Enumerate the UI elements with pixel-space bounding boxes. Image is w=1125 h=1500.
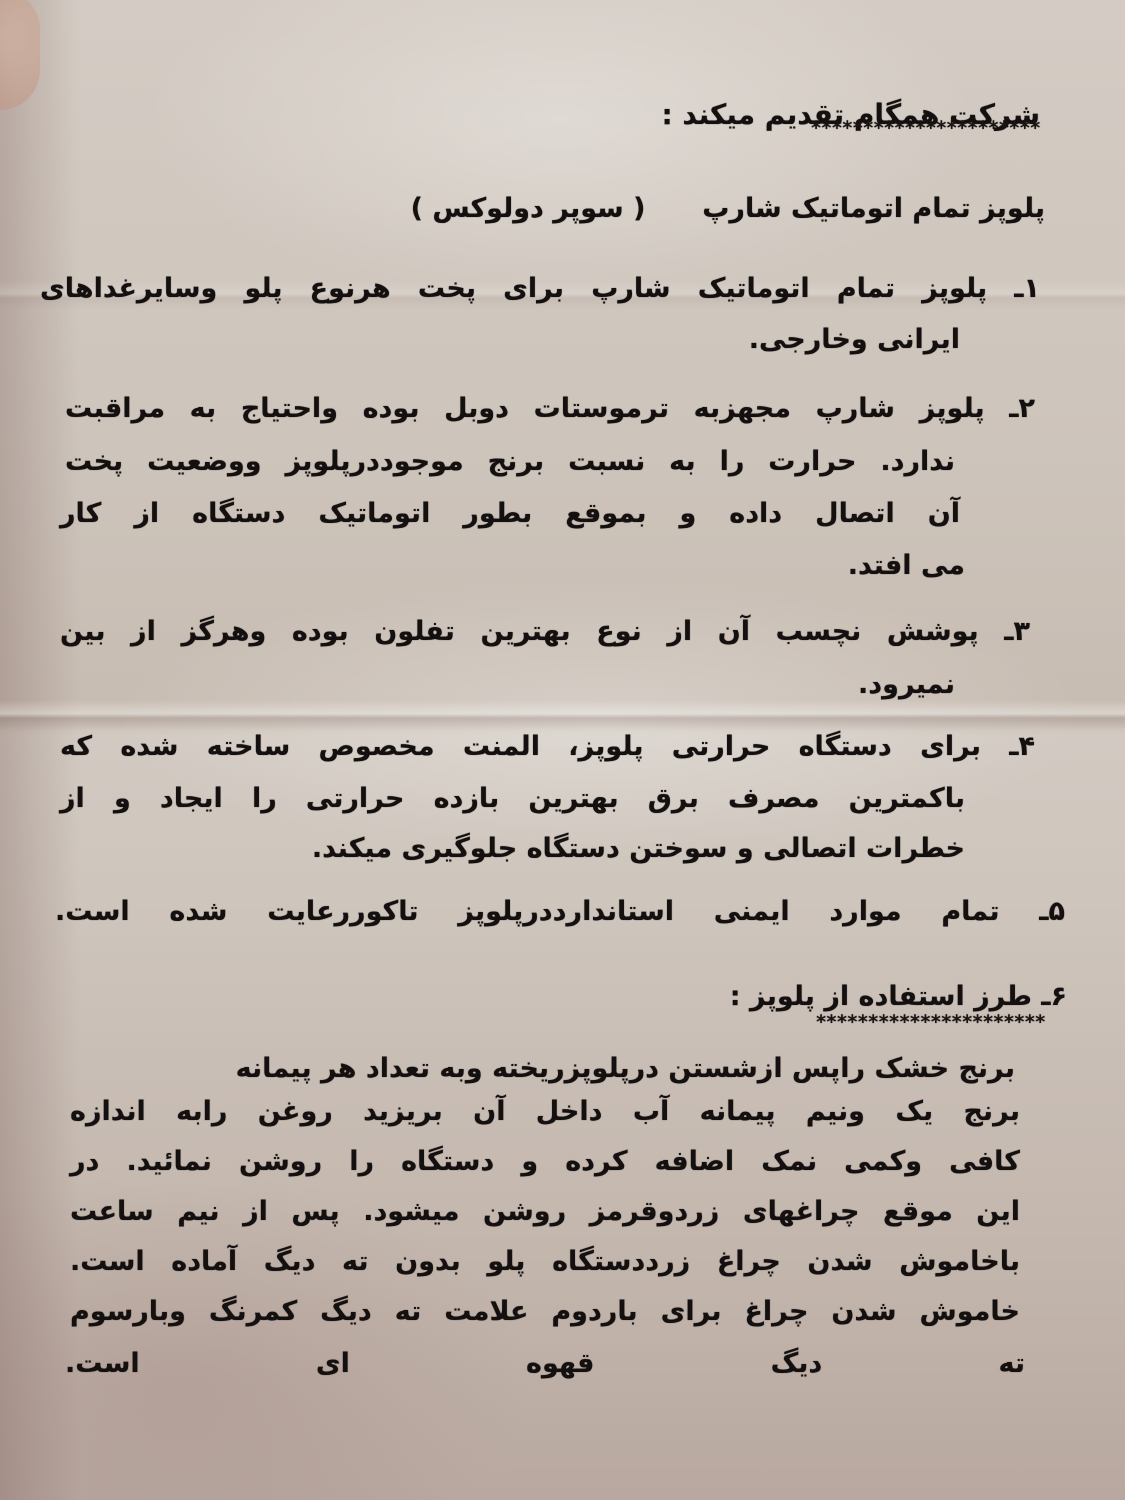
usage-line-5: باخاموش شدن چراغ زرددستگاه پلو بدون ته د… bbox=[70, 1245, 1020, 1279]
usage-line-2: برنج یک ونیم پیمانه آب داخل آن بریزید رو… bbox=[70, 1095, 1020, 1129]
feature-1-line-1: ۱ـ پلوپز تمام اتوماتیک شارپ برای پخت هرن… bbox=[40, 272, 1040, 306]
feature-4-line-3: خطرات اتصالی و سوختن دستگاه جلوگیری میکن… bbox=[312, 832, 965, 866]
product-name-text: پلوپز تمام اتوماتیک شارپ bbox=[702, 193, 1045, 224]
usage-heading: ۶ـ طرز استفاده از پلوپز : bbox=[730, 980, 1067, 1014]
paper-fold bbox=[0, 700, 1125, 730]
feature-2-line-2: ندارد. حرارت را به نسبت برنج موجوددرپلوپ… bbox=[65, 445, 955, 479]
feature-4-line-1: ۴ـ برای دستگاه حرارتی پلوپز، المنت مخصوص… bbox=[60, 730, 1035, 764]
feature-2-line-1: ۲ـ پلوپز شارپ مجهزبه ترموستات دوبل بوده … bbox=[65, 392, 1035, 426]
feature-2-line-3: آن اتصال داده و بموقع بطور اتوماتیک دستگ… bbox=[60, 497, 960, 531]
usage-line-3: کافی وکمی نمک اضافه کرده و دستگاه را روش… bbox=[70, 1145, 1020, 1179]
feature-1-line-2: ایرانی وخارجی. bbox=[749, 323, 960, 357]
product-name: پلوپز تمام اتوماتیک شارپ ( سوپر دولوکس ) bbox=[411, 192, 1045, 226]
usage-line-1: برنج خشک راپس ازشستن درپلوپزریخته وبه تع… bbox=[236, 1052, 1015, 1086]
feature-4-line-2: باکمترین مصرف برق بهترین بازده حرارتی را… bbox=[60, 782, 965, 816]
feature-3-line-2: نمیرود. bbox=[858, 668, 955, 702]
usage-line-7: ته دیگ قهوه ای است. bbox=[65, 1347, 1025, 1381]
header-separator: ********************** bbox=[810, 118, 1040, 138]
feature-3-line-1: ۳ـ پوشش نچسب آن از نوع بهترین تفلون بوده… bbox=[60, 615, 1030, 649]
usage-line-6: خاموش شدن چراغ برای باردوم علامت ته دیگ … bbox=[70, 1295, 1020, 1329]
usage-line-4: این موقع چراغهای زردوقرمز روشن میشود. پس… bbox=[70, 1195, 1020, 1229]
feature-2-line-4: می افتد. bbox=[848, 549, 965, 583]
feature-5-line-1: ۵ـ تمام موارد ایمنی استاندارددرپلوپز تاک… bbox=[55, 895, 1065, 929]
usage-separator: ********************** bbox=[815, 1012, 1045, 1032]
product-model: ( سوپر دولوکس ) bbox=[411, 193, 646, 224]
